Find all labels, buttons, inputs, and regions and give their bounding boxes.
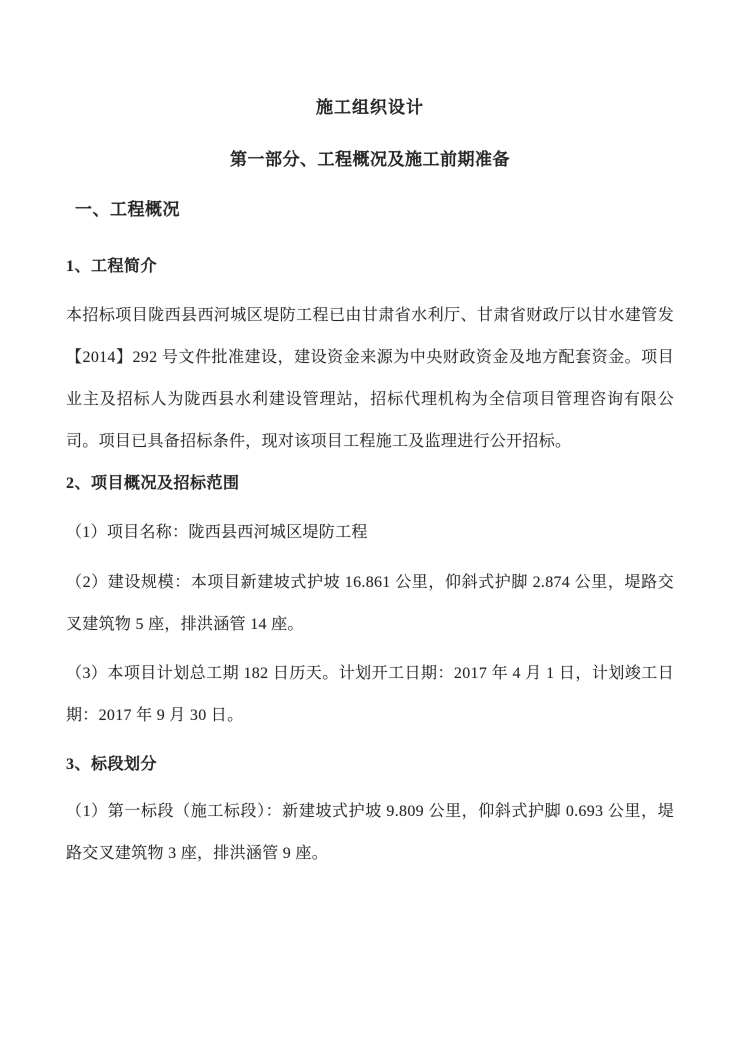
clause-schedule: （3）本项目计划总工期 182 日历天。计划开工日期：2017 年 4 月 1 … (66, 653, 674, 737)
paragraph-project-intro: 本招标项目陇西县西河城区堤防工程已由甘肃省水利厅、甘肃省财政厅以甘水建管发【20… (66, 295, 674, 463)
clause-construction-scale: （2）建设规模：本项目新建坡式护坡 16.861 公里，仰斜式护脚 2.874 … (66, 562, 674, 646)
clause-bid-section-1: （1）第一标段（施工标段）：新建坡式护坡 9.809 公里，仰斜式护脚 0.69… (66, 791, 674, 875)
clause-project-name: （1）项目名称：陇西县西河城区堤防工程 (66, 512, 674, 554)
document-title: 施工组织设计 (66, 96, 674, 120)
part-heading: 第一部分、工程概况及施工前期准备 (66, 148, 674, 172)
document-page: 施工组织设计 第一部分、工程概况及施工前期准备 一、工程概况 1、工程简介 本招… (0, 0, 740, 1048)
subsection-heading-bid-sections: 3、标段划分 (66, 753, 674, 777)
subsection-heading-scope: 2、项目概况及招标范围 (66, 472, 674, 496)
section-heading-overview: 一、工程概况 (66, 198, 674, 222)
subsection-heading-project-intro: 1、工程简介 (66, 255, 674, 279)
